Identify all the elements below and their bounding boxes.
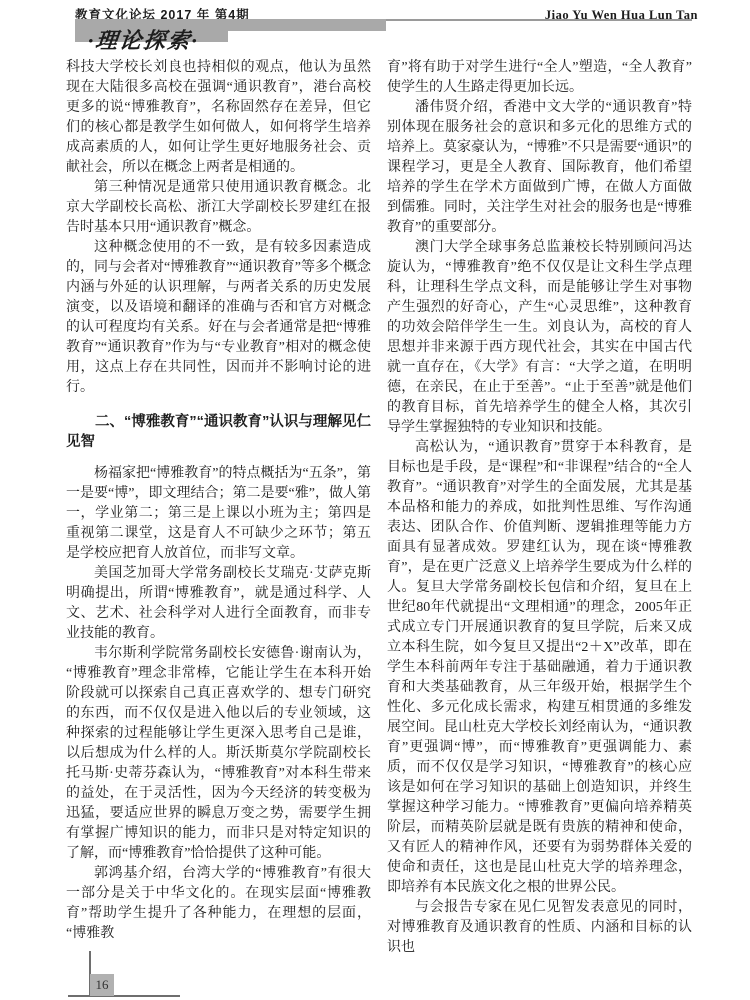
paragraph: 美国芝加哥大学常务副校长艾瑞克·艾萨克斯明确提出，所谓“博雅教育”，就是通过科学… (66, 564, 371, 644)
paragraph: 潘伟贤介绍，香港中文大学的“通识教育”特别体现在服务社会的意识和多元化的思维方式… (387, 98, 692, 238)
page-number-badge: 16 (90, 974, 114, 996)
article-body: 科技大学校长刘良也持相似的观点，他认为虽然现在大陆很多高校在强调“通识教育”，港… (66, 58, 692, 958)
paragraph: 澳门大学全球事务总监兼校长特别顾问冯达旋认为，“博雅教育”绝不仅仅是让文科生学点… (387, 238, 692, 438)
paragraph: 韦尔斯利学院常务副校长安德鲁·谢南认为，“博雅教育”理念非常棒，它能让学生在本科… (66, 644, 371, 864)
paragraph: 高松认为，“通识教育”贯穿于本科教育，是目标也是手段，是“课程”和“非课程”结合… (387, 438, 692, 898)
paragraph: 第三种情况是通常只使用通识教育概念。北京大学副校长高松、浙江大学副校长罗建红在报… (66, 178, 371, 238)
paragraph: 郭鸿基介绍，台湾大学的“博雅教育”有很大一部分是关于中华文化的。在现实层面“博雅… (66, 864, 371, 944)
paragraph: 杨福家把“博雅教育”的特点概括为“五条”，第一是要“博”，即文理结合；第二是要“… (66, 464, 371, 564)
section-label: ·理论探索· (86, 24, 200, 55)
footer-horizontal-line (68, 995, 180, 997)
paragraph: 与会报告专家在见仁见智发表意见的同时，对博雅教育及通识教育的性质、内涵和目标的认… (387, 898, 692, 958)
right-column: 育”将有助于对学生进行“全人”塑造，“全人教育”使学生的人生路走得更加长远。潘伟… (387, 58, 692, 958)
paragraph: 育”将有助于对学生进行“全人”塑造，“全人教育”使学生的人生路走得更加长远。 (387, 58, 692, 98)
journal-page: 教育文化论坛 2017 年 第4期 Jiao Yu Wen Hua Lun Ta… (0, 0, 750, 1000)
section-banner-strip (228, 19, 386, 31)
left-column: 科技大学校长刘良也持相似的观点，他认为虽然现在大陆很多高校在强调“通识教育”，港… (66, 58, 371, 958)
paragraph: 这种概念使用的不一致，是有较多因素造成的，同与会者对“博雅教育”“通识教育”等多… (66, 238, 371, 398)
section-heading: 二、“博雅教育”“通识教育”认识与理解见仁见智 (66, 412, 371, 452)
paragraph: 科技大学校长刘良也持相似的观点，他认为虽然现在大陆很多高校在强调“通识教育”，港… (66, 58, 371, 178)
page-number: 16 (96, 977, 109, 993)
